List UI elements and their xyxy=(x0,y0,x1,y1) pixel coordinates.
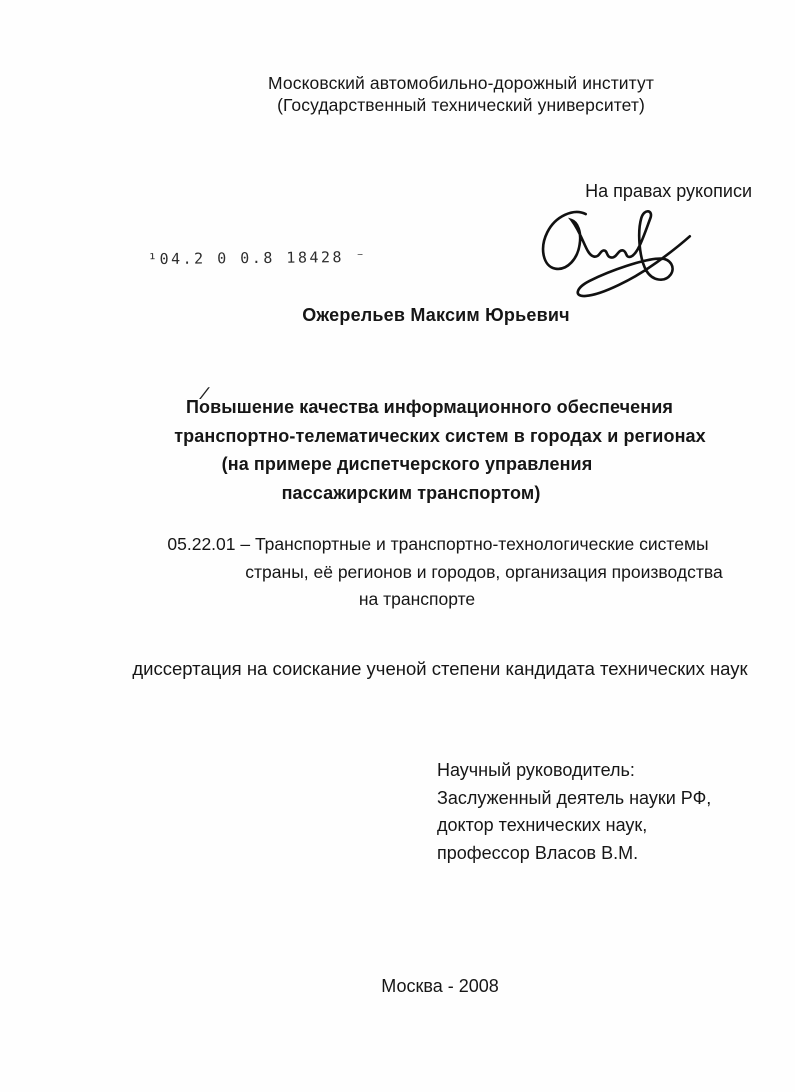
thesis-type-statement: диссертация на соискание ученой степени … xyxy=(0,658,795,680)
library-accession-stamp: ¹04.2 0 0.8 18428 ⁻ xyxy=(148,248,367,268)
manuscript-rights-note: На правах рукописи xyxy=(585,181,752,202)
supervisor-label: Научный руководитель: xyxy=(437,757,711,785)
institute-name-line1: Московский автомобильно-дорожный институ… xyxy=(127,72,795,94)
supervisor-name: профессор Власов В.М. xyxy=(437,840,711,868)
specialty-code-block: 05.22.01 – Транспортные и транспортно-те… xyxy=(0,531,795,614)
supervisor-degree: доктор технических наук, xyxy=(437,812,711,840)
supervisor-honor: Заслуженный деятель науки РФ, xyxy=(437,785,711,813)
city-and-year: Москва - 2008 xyxy=(0,976,795,997)
handwritten-signature xyxy=(533,206,695,302)
dissertation-title-page: Московский автомобильно-дорожный институ… xyxy=(0,0,795,1092)
institute-name-line2: (Государственный технический университет… xyxy=(127,94,795,116)
title-line1: Повышение качества информационного обесп… xyxy=(0,393,795,422)
institute-header: Московский автомобильно-дорожный институ… xyxy=(0,72,795,116)
title-line4: пассажирским транспортом) xyxy=(0,479,795,508)
signature-ink-stroke xyxy=(533,206,695,302)
author-name: Ожерельев Максим Юрьевич xyxy=(0,305,795,326)
specialty-line2: страны, её регионов и городов, организац… xyxy=(0,559,795,587)
title-line2: транспортно-телематических систем в горо… xyxy=(0,422,795,451)
dissertation-title: Повышение качества информационного обесп… xyxy=(0,393,795,507)
supervisor-block: Научный руководитель: Заслуженный деятел… xyxy=(437,757,711,867)
title-line3: (на примере диспетчерского управления xyxy=(0,450,795,479)
specialty-line3: на транспорте xyxy=(0,586,795,614)
specialty-line1: 05.22.01 – Транспортные и транспортно-те… xyxy=(0,531,795,559)
